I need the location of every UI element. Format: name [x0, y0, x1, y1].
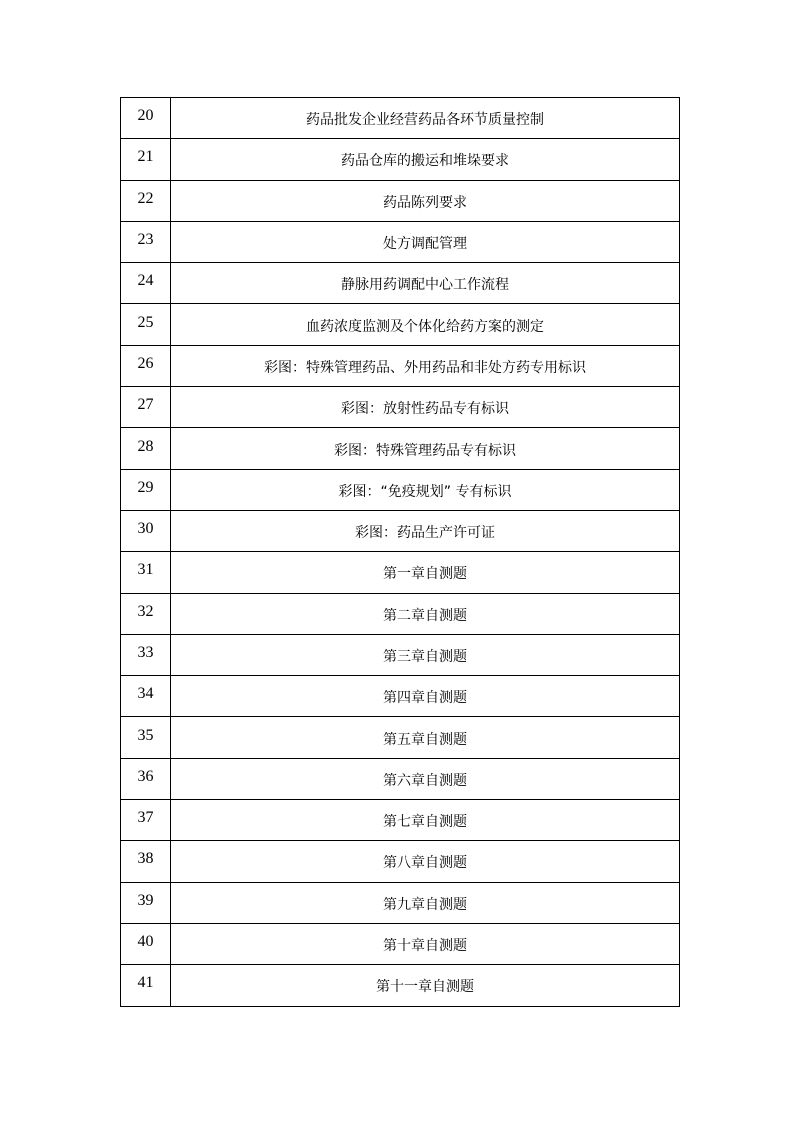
row-number: 28 — [121, 428, 171, 469]
row-title: 第四章自测题 — [171, 676, 680, 717]
row-title: 第三章自测题 — [171, 634, 680, 675]
contents-table-body: 20 药品批发企业经营药品各环节质量控制 21 药品仓库的搬运和堆垛要求 22 … — [121, 98, 680, 1007]
table-row: 21 药品仓库的搬运和堆垛要求 — [121, 139, 680, 180]
table-row: 40 第十章自测题 — [121, 923, 680, 964]
row-number: 41 — [121, 965, 171, 1006]
table-row: 22 药品陈列要求 — [121, 180, 680, 221]
row-number: 37 — [121, 800, 171, 841]
table-row: 29 彩图：“免疫规划” 专有标识 — [121, 469, 680, 510]
row-number: 21 — [121, 139, 171, 180]
table-row: 31 第一章自测题 — [121, 552, 680, 593]
table-row: 28 彩图：特殊管理药品专有标识 — [121, 428, 680, 469]
row-number: 20 — [121, 98, 171, 139]
row-number: 24 — [121, 263, 171, 304]
row-title: 彩图：特殊管理药品、外用药品和非处方药专用标识 — [171, 345, 680, 386]
row-title: 第六章自测题 — [171, 758, 680, 799]
row-title: 彩图：药品生产许可证 — [171, 510, 680, 551]
row-title: 第二章自测题 — [171, 593, 680, 634]
row-number: 22 — [121, 180, 171, 221]
row-title: 第九章自测题 — [171, 882, 680, 923]
row-title: 彩图：“免疫规划” 专有标识 — [171, 469, 680, 510]
row-title: 血药浓度监测及个体化给药方案的测定 — [171, 304, 680, 345]
row-title: 药品陈列要求 — [171, 180, 680, 221]
row-title: 彩图：放射性药品专有标识 — [171, 387, 680, 428]
document-page: 20 药品批发企业经营药品各环节质量控制 21 药品仓库的搬运和堆垛要求 22 … — [0, 0, 793, 1122]
row-title: 彩图：特殊管理药品专有标识 — [171, 428, 680, 469]
row-number: 39 — [121, 882, 171, 923]
row-title: 药品仓库的搬运和堆垛要求 — [171, 139, 680, 180]
row-title: 静脉用药调配中心工作流程 — [171, 263, 680, 304]
row-number: 30 — [121, 510, 171, 551]
row-title: 处方调配管理 — [171, 221, 680, 262]
row-title: 药品批发企业经营药品各环节质量控制 — [171, 98, 680, 139]
row-number: 33 — [121, 634, 171, 675]
row-title: 第十章自测题 — [171, 923, 680, 964]
contents-table: 20 药品批发企业经营药品各环节质量控制 21 药品仓库的搬运和堆垛要求 22 … — [120, 97, 680, 1007]
row-title: 第七章自测题 — [171, 800, 680, 841]
row-number: 23 — [121, 221, 171, 262]
table-row: 36 第六章自测题 — [121, 758, 680, 799]
row-title: 第五章自测题 — [171, 717, 680, 758]
row-number: 29 — [121, 469, 171, 510]
table-row: 26 彩图：特殊管理药品、外用药品和非处方药专用标识 — [121, 345, 680, 386]
table-row: 32 第二章自测题 — [121, 593, 680, 634]
row-number: 40 — [121, 923, 171, 964]
table-row: 41 第十一章自测题 — [121, 965, 680, 1006]
table-row: 27 彩图：放射性药品专有标识 — [121, 387, 680, 428]
table-row: 33 第三章自测题 — [121, 634, 680, 675]
row-number: 27 — [121, 387, 171, 428]
row-number: 38 — [121, 841, 171, 882]
row-number: 34 — [121, 676, 171, 717]
table-row: 35 第五章自测题 — [121, 717, 680, 758]
row-number: 35 — [121, 717, 171, 758]
row-number: 32 — [121, 593, 171, 634]
table-row: 25 血药浓度监测及个体化给药方案的测定 — [121, 304, 680, 345]
table-row: 23 处方调配管理 — [121, 221, 680, 262]
row-number: 25 — [121, 304, 171, 345]
row-number: 26 — [121, 345, 171, 386]
table-row: 24 静脉用药调配中心工作流程 — [121, 263, 680, 304]
row-title: 第十一章自测题 — [171, 965, 680, 1006]
table-row: 34 第四章自测题 — [121, 676, 680, 717]
row-title: 第八章自测题 — [171, 841, 680, 882]
row-title: 第一章自测题 — [171, 552, 680, 593]
row-number: 36 — [121, 758, 171, 799]
table-row: 38 第八章自测题 — [121, 841, 680, 882]
row-number: 31 — [121, 552, 171, 593]
table-row: 20 药品批发企业经营药品各环节质量控制 — [121, 98, 680, 139]
table-row: 37 第七章自测题 — [121, 800, 680, 841]
table-row: 30 彩图：药品生产许可证 — [121, 510, 680, 551]
table-row: 39 第九章自测题 — [121, 882, 680, 923]
